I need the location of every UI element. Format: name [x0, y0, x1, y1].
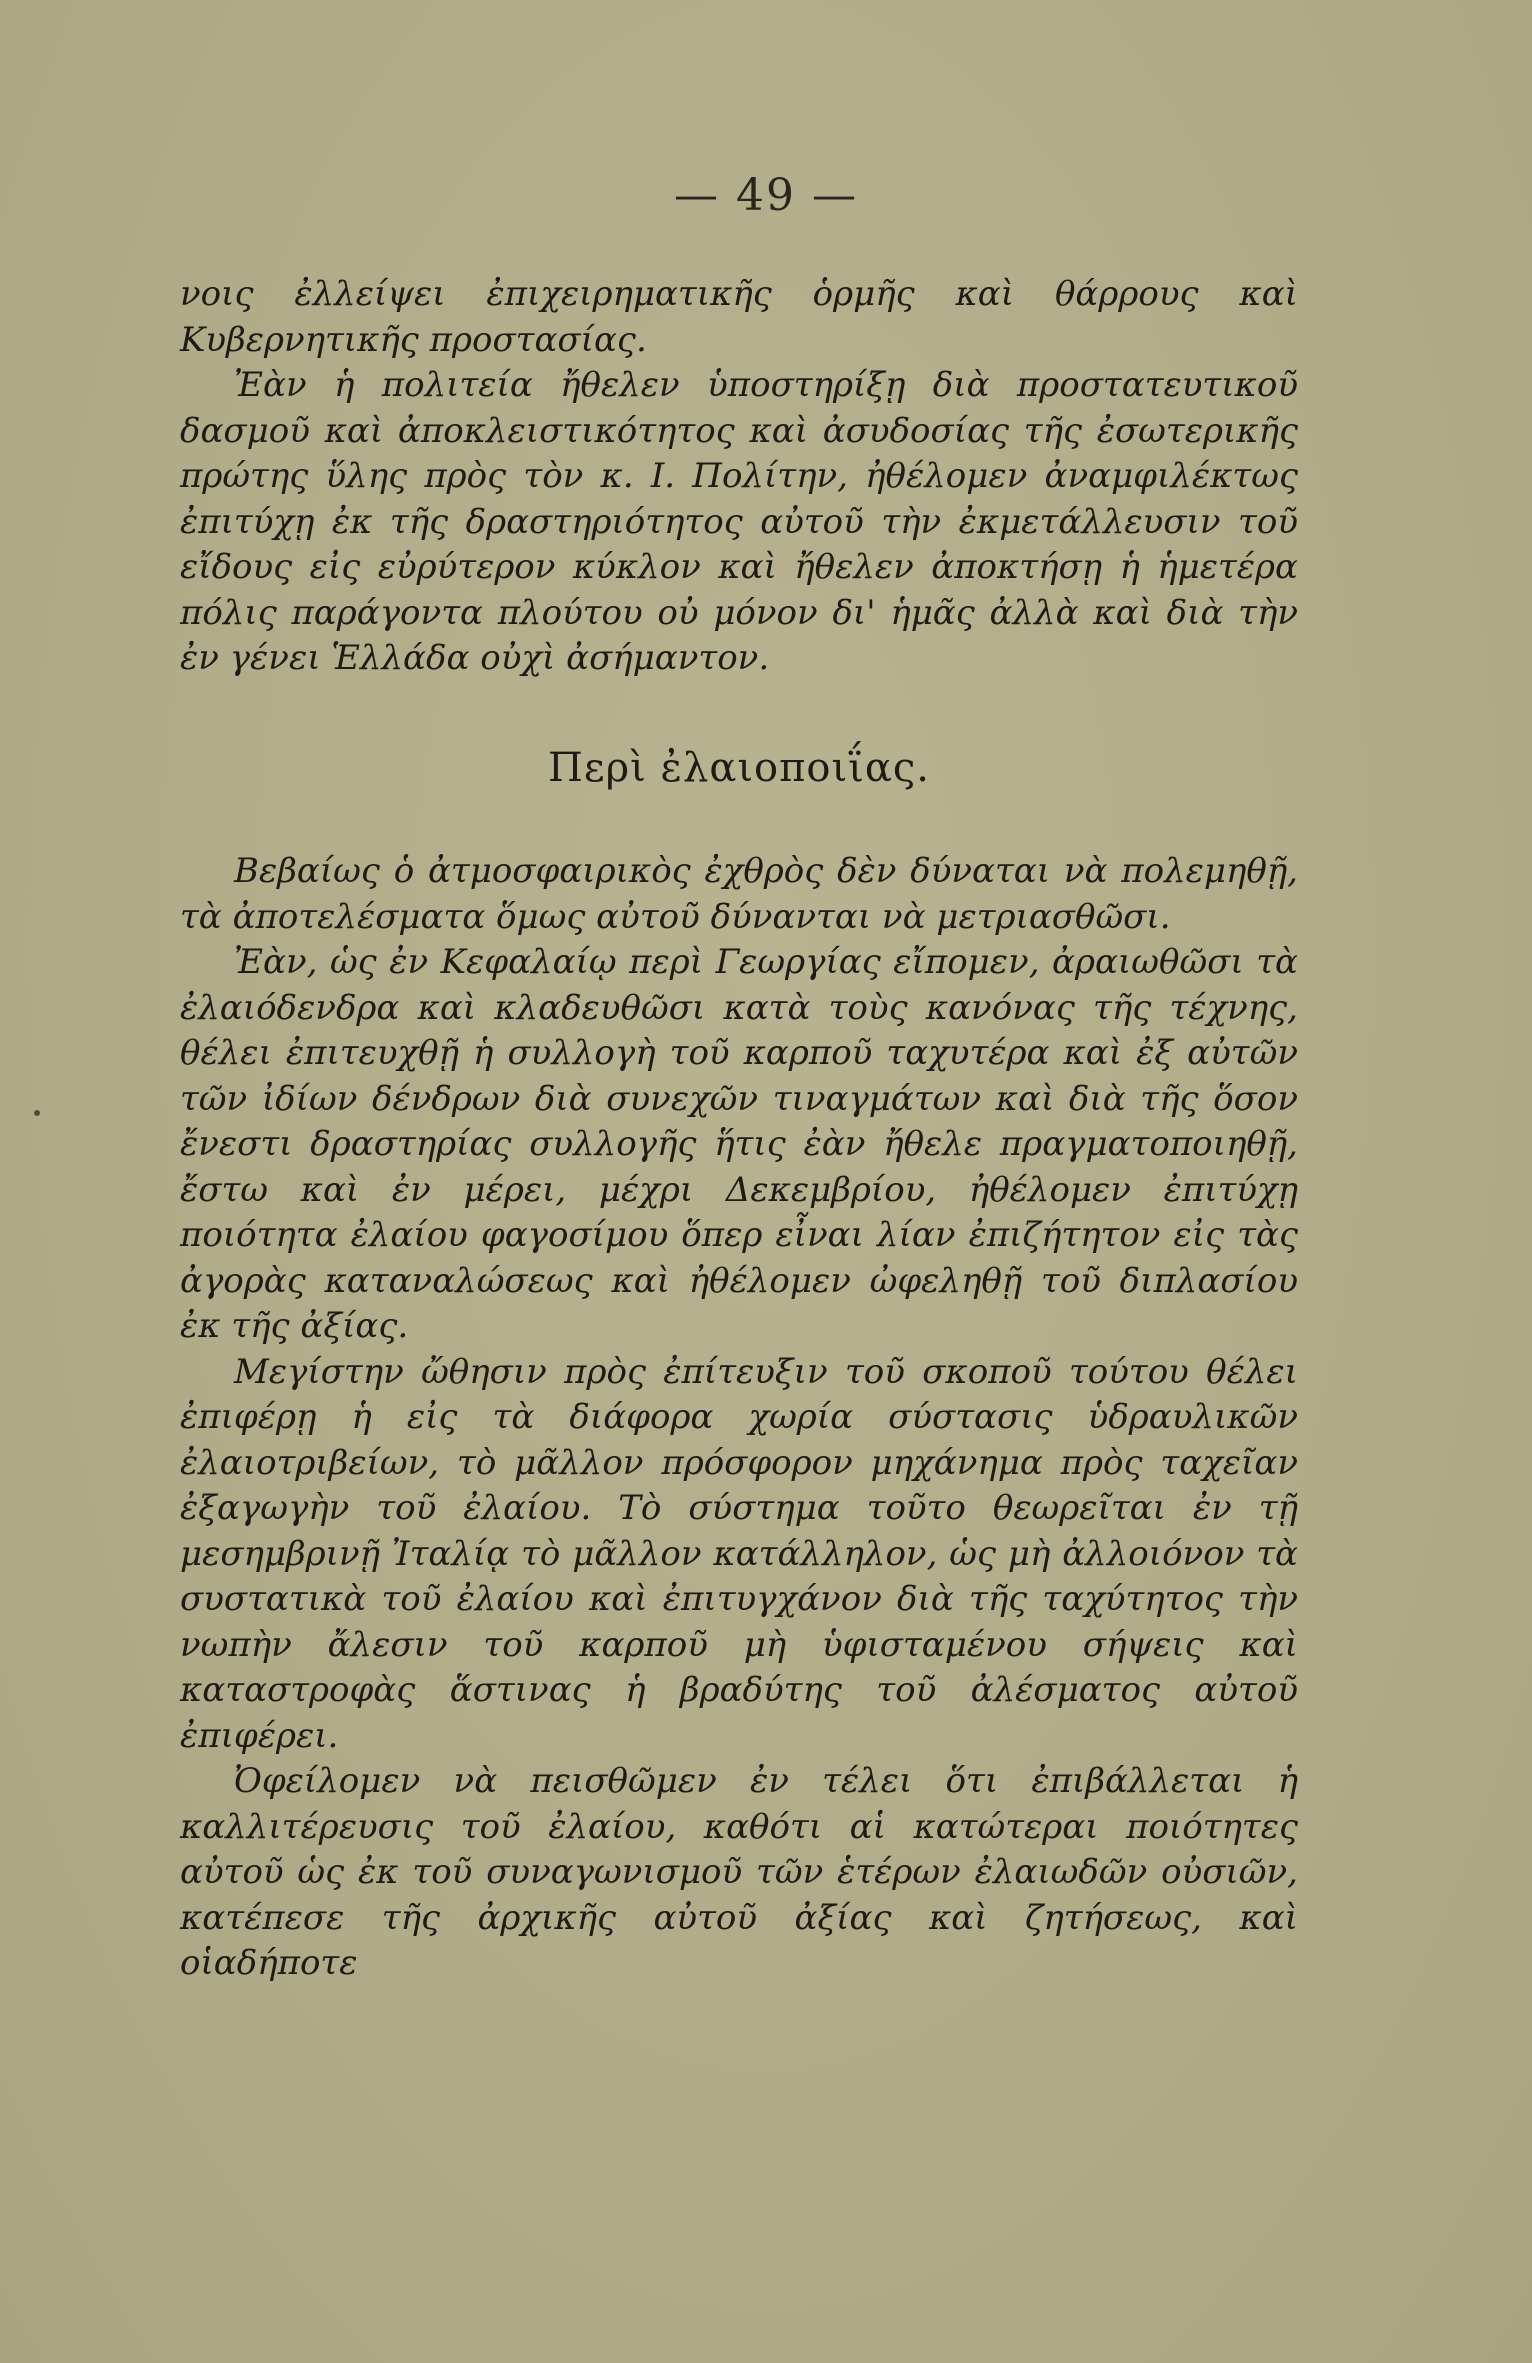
ink-speck — [34, 1110, 40, 1116]
paragraph: Ἐὰν ἡ πολιτεία ἤθελεν ὑποστηρίξῃ διὰ προ… — [180, 363, 1298, 682]
paragraph-continuation: νοις ἐλλείψει ἐπιχειρηματικῆς ὁρμῆς καὶ … — [180, 272, 1298, 363]
paragraph: Βεβαίως ὁ ἀτμοσφαιρικὸς ἐχθρὸς δὲν δύνατ… — [180, 849, 1298, 940]
paragraph: Μεγίστην ὤθησιν πρὸς ἐπίτευξιν τοῦ σκοπο… — [180, 1350, 1298, 1760]
body-text: νοις ἐλλείψει ἐπιχειρηματικῆς ὁρμῆς καὶ … — [180, 272, 1298, 1987]
page-number: — 49 — — [0, 170, 1532, 221]
paragraph: Ὀφείλομεν νὰ πεισθῶμεν ἐν τέλει ὅτι ἐπιβ… — [180, 1759, 1298, 1987]
section-heading: Περὶ ἐλαιοποιΐας. — [180, 746, 1298, 792]
scanned-book-page: — 49 — νοις ἐλλείψει ἐπιχειρηματικῆς ὁρμ… — [0, 0, 1532, 2363]
paragraph: Ἐὰν, ὡς ἐν Κεφαλαίῳ περὶ Γεωργίας εἴπομε… — [180, 940, 1298, 1350]
